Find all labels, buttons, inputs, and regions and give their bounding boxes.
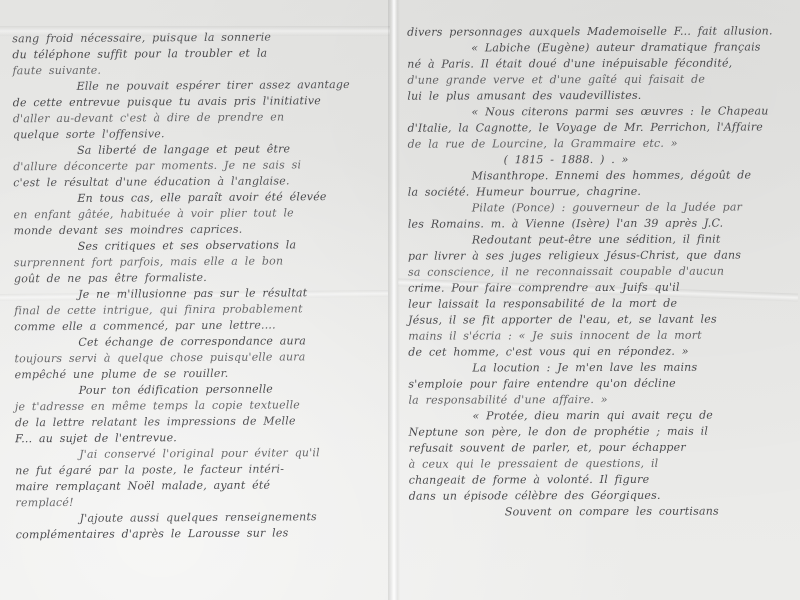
handwritten-line: les Romains. m. à Vienne (Isère) l'an 39…	[408, 215, 800, 232]
handwritten-line: de la rue de Lourcine, la Grammaire etc.…	[408, 135, 800, 152]
handwritten-line: changeait de forme à volonté. Il figure	[409, 471, 800, 488]
handwritten-text-left: sang froid nécessaire, puisque la sonner…	[12, 29, 388, 544]
handwritten-line: Misanthrope. Ennemi des hommes, dégoût d…	[408, 167, 800, 184]
handwritten-line: Pilate (Ponce) : gouverneur de la Judée …	[408, 199, 800, 216]
handwritten-line: « Labiche (Eugène) auteur dramatique fra…	[407, 39, 799, 56]
handwritten-line: La locution : Je m'en lave les mains	[408, 359, 800, 376]
handwritten-line: ( 1815 - 1888. ) . »	[408, 151, 800, 168]
handwritten-line: monde devant ses moindres caprices.	[14, 221, 388, 240]
handwritten-line: mains il s'écria : « Je suis innocent de…	[408, 327, 800, 344]
handwritten-line: c'est le résultat d'une éducation à l'an…	[13, 173, 387, 192]
handwritten-line: divers personnages auxquels Mademoiselle…	[407, 23, 799, 40]
handwritten-line: J'ajoute aussi quelques renseignements	[16, 509, 388, 528]
handwritten-line: ne fut égaré par la poste, le facteur in…	[15, 461, 388, 480]
handwritten-line: la responsabilité d'une affaire. »	[408, 391, 800, 408]
handwritten-line: refusait souvent de parler, et, pour éch…	[409, 439, 800, 456]
handwritten-line: comme elle a commencé, par une lettre...…	[14, 317, 388, 336]
handwritten-line: goût de ne pas être formaliste.	[14, 269, 388, 288]
center-fold	[388, 0, 400, 600]
handwritten-line: la société. Humeur bourrue, chagrine.	[408, 183, 800, 200]
handwritten-line: complémentaires d'après le Larousse sur …	[16, 525, 388, 544]
handwritten-line: par livrer à ses juges religieux Jésus-C…	[408, 247, 800, 264]
handwritten-line: crime. Pour faire comprendre aux Juifs q…	[408, 279, 800, 296]
letter-page-left: sang froid nécessaire, puisque la sonner…	[0, 0, 388, 600]
handwritten-line: Redoutant peut-être une sédition, il fin…	[408, 231, 800, 248]
handwritten-text-right: divers personnages auxquels Mademoiselle…	[407, 23, 800, 520]
letter-page-right: divers personnages auxquels Mademoiselle…	[400, 0, 800, 600]
handwritten-line: sang froid nécessaire, puisque la sonner…	[12, 29, 386, 48]
handwritten-line: s'emploie pour faire entendre qu'on décl…	[408, 375, 800, 392]
handwritten-line: de cet homme, c'est vous qui en répondez…	[408, 343, 800, 360]
handwritten-line: de la lettre relatant les impressions de…	[15, 413, 388, 432]
handwritten-line: né à Paris. Il était doué d'une inépuisa…	[407, 55, 799, 72]
handwritten-line: lui le plus amusant des vaudevillistes.	[407, 87, 799, 104]
handwritten-line: empêché une plume de se rouiller.	[15, 365, 388, 384]
letter-scan: sang froid nécessaire, puisque la sonner…	[0, 0, 800, 600]
handwritten-line: sa conscience, il ne reconnaissait coupa…	[408, 263, 800, 280]
handwritten-line: d'une grande verve et d'une gaîté qui fa…	[407, 71, 799, 88]
handwritten-line: d'Italie, la Cagnotte, le Voyage de Mr. …	[407, 119, 799, 136]
handwritten-line: Jésus, il se fit apporter de l'eau, et, …	[408, 311, 800, 328]
handwritten-line: « Protée, dieu marin qui avait reçu de	[408, 407, 800, 424]
handwritten-line: Elle ne pouvait espérer tirer assez avan…	[13, 77, 387, 96]
handwritten-line: leur laissait la responsabilité de la mo…	[408, 295, 800, 312]
handwritten-line: dans un épisode célèbre des Géorgiques.	[409, 487, 800, 504]
handwritten-line: Neptune son père, le don de prophétie ; …	[409, 423, 800, 440]
handwritten-line: à ceux qui le pressaient de questions, i…	[409, 455, 800, 472]
handwritten-line: Souvent on compare les courtisans	[409, 503, 800, 520]
handwritten-line: quelque sorte l'offensive.	[13, 125, 387, 144]
handwritten-line: « Nous citerons parmi ses œuvres : le Ch…	[407, 103, 799, 120]
